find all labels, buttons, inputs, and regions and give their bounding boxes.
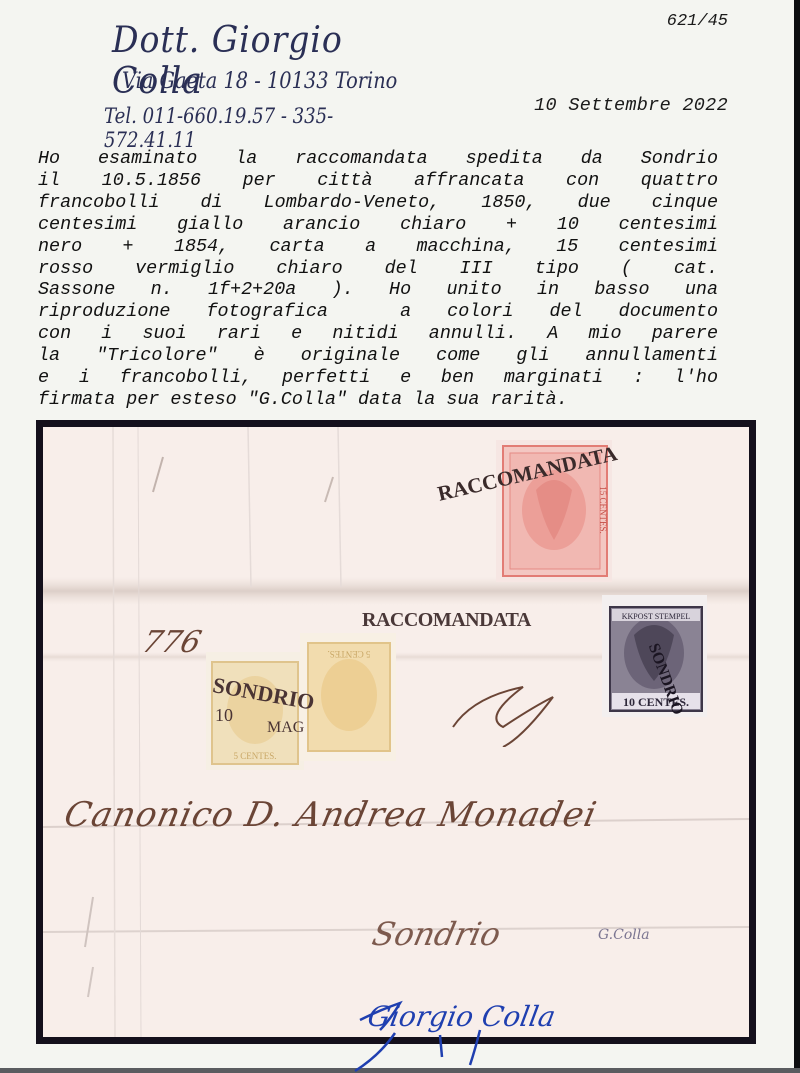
signature-strokes xyxy=(340,985,540,1073)
frame-edge-right xyxy=(794,0,800,1073)
text-line: Ho esaminato la raccomandata spedita da … xyxy=(38,148,718,170)
text-line: rosso vermiglio chiaro del III tipo ( ca… xyxy=(38,258,718,280)
svg-text:5 CENTES.: 5 CENTES. xyxy=(233,751,276,761)
text-line: nero + 1854, carta a macchina, 15 centes… xyxy=(38,236,718,258)
certificate-text: Ho esaminato la raccomandata spedita da … xyxy=(38,148,718,411)
letterhead: Dott. Giorgio Colla Via Gaeta 18 - 10133… xyxy=(0,0,460,140)
svg-text:15 CENTES.: 15 CENTES. xyxy=(598,486,608,534)
text-line: con i suoi rari e nitidi annulli. A mio … xyxy=(38,323,718,345)
text-line: la "Tricolore" è originale come gli annu… xyxy=(38,345,718,367)
svg-text:KKPOST STEMPEL: KKPOST STEMPEL xyxy=(622,612,691,621)
expert-phone: Tel. 011-660.19.57 - 335-572.41.11 xyxy=(104,104,410,152)
raccomandata-cachet-2: RACCOMANDATA xyxy=(362,609,531,632)
svg-text:5 CENTES.: 5 CENTES. xyxy=(327,649,370,659)
certificate-date: 10 Settembre 2022 xyxy=(534,95,728,116)
small-signature: G.Colla xyxy=(598,927,650,943)
text-line: il 10.5.1856 per città affrancata con qu… xyxy=(38,170,718,192)
postmark-month: MAG xyxy=(267,719,304,737)
text-line: francobolli di Lombardo-Veneto, 1850, du… xyxy=(38,192,718,214)
text-line: riproduzione fotografica a colori del do… xyxy=(38,301,718,323)
certificate-number: 621/45 xyxy=(667,12,728,31)
text-line: e i francobolli, perfetti e ben marginat… xyxy=(38,367,718,389)
postmark-day: 10 xyxy=(215,705,233,726)
destination: Sondrio xyxy=(369,915,504,953)
expert-address: Via Gaeta 18 - 10133 Torino xyxy=(122,69,397,94)
text-line: centesimi giallo arancio chiaro + 10 cen… xyxy=(38,214,718,236)
text-line: Sassone n. 1f+2+20a ). Ho unito in basso… xyxy=(38,279,718,301)
text-line: firmata per esteso "G.Colla" data la sua… xyxy=(38,389,718,411)
handwritten-number: 776 xyxy=(138,625,205,660)
document-photo: 15 CENTES. KKPOST STEMPEL 10 CENTES. SON… xyxy=(36,420,756,1044)
addressee: Canonico D. Andrea Monadei xyxy=(61,795,601,835)
